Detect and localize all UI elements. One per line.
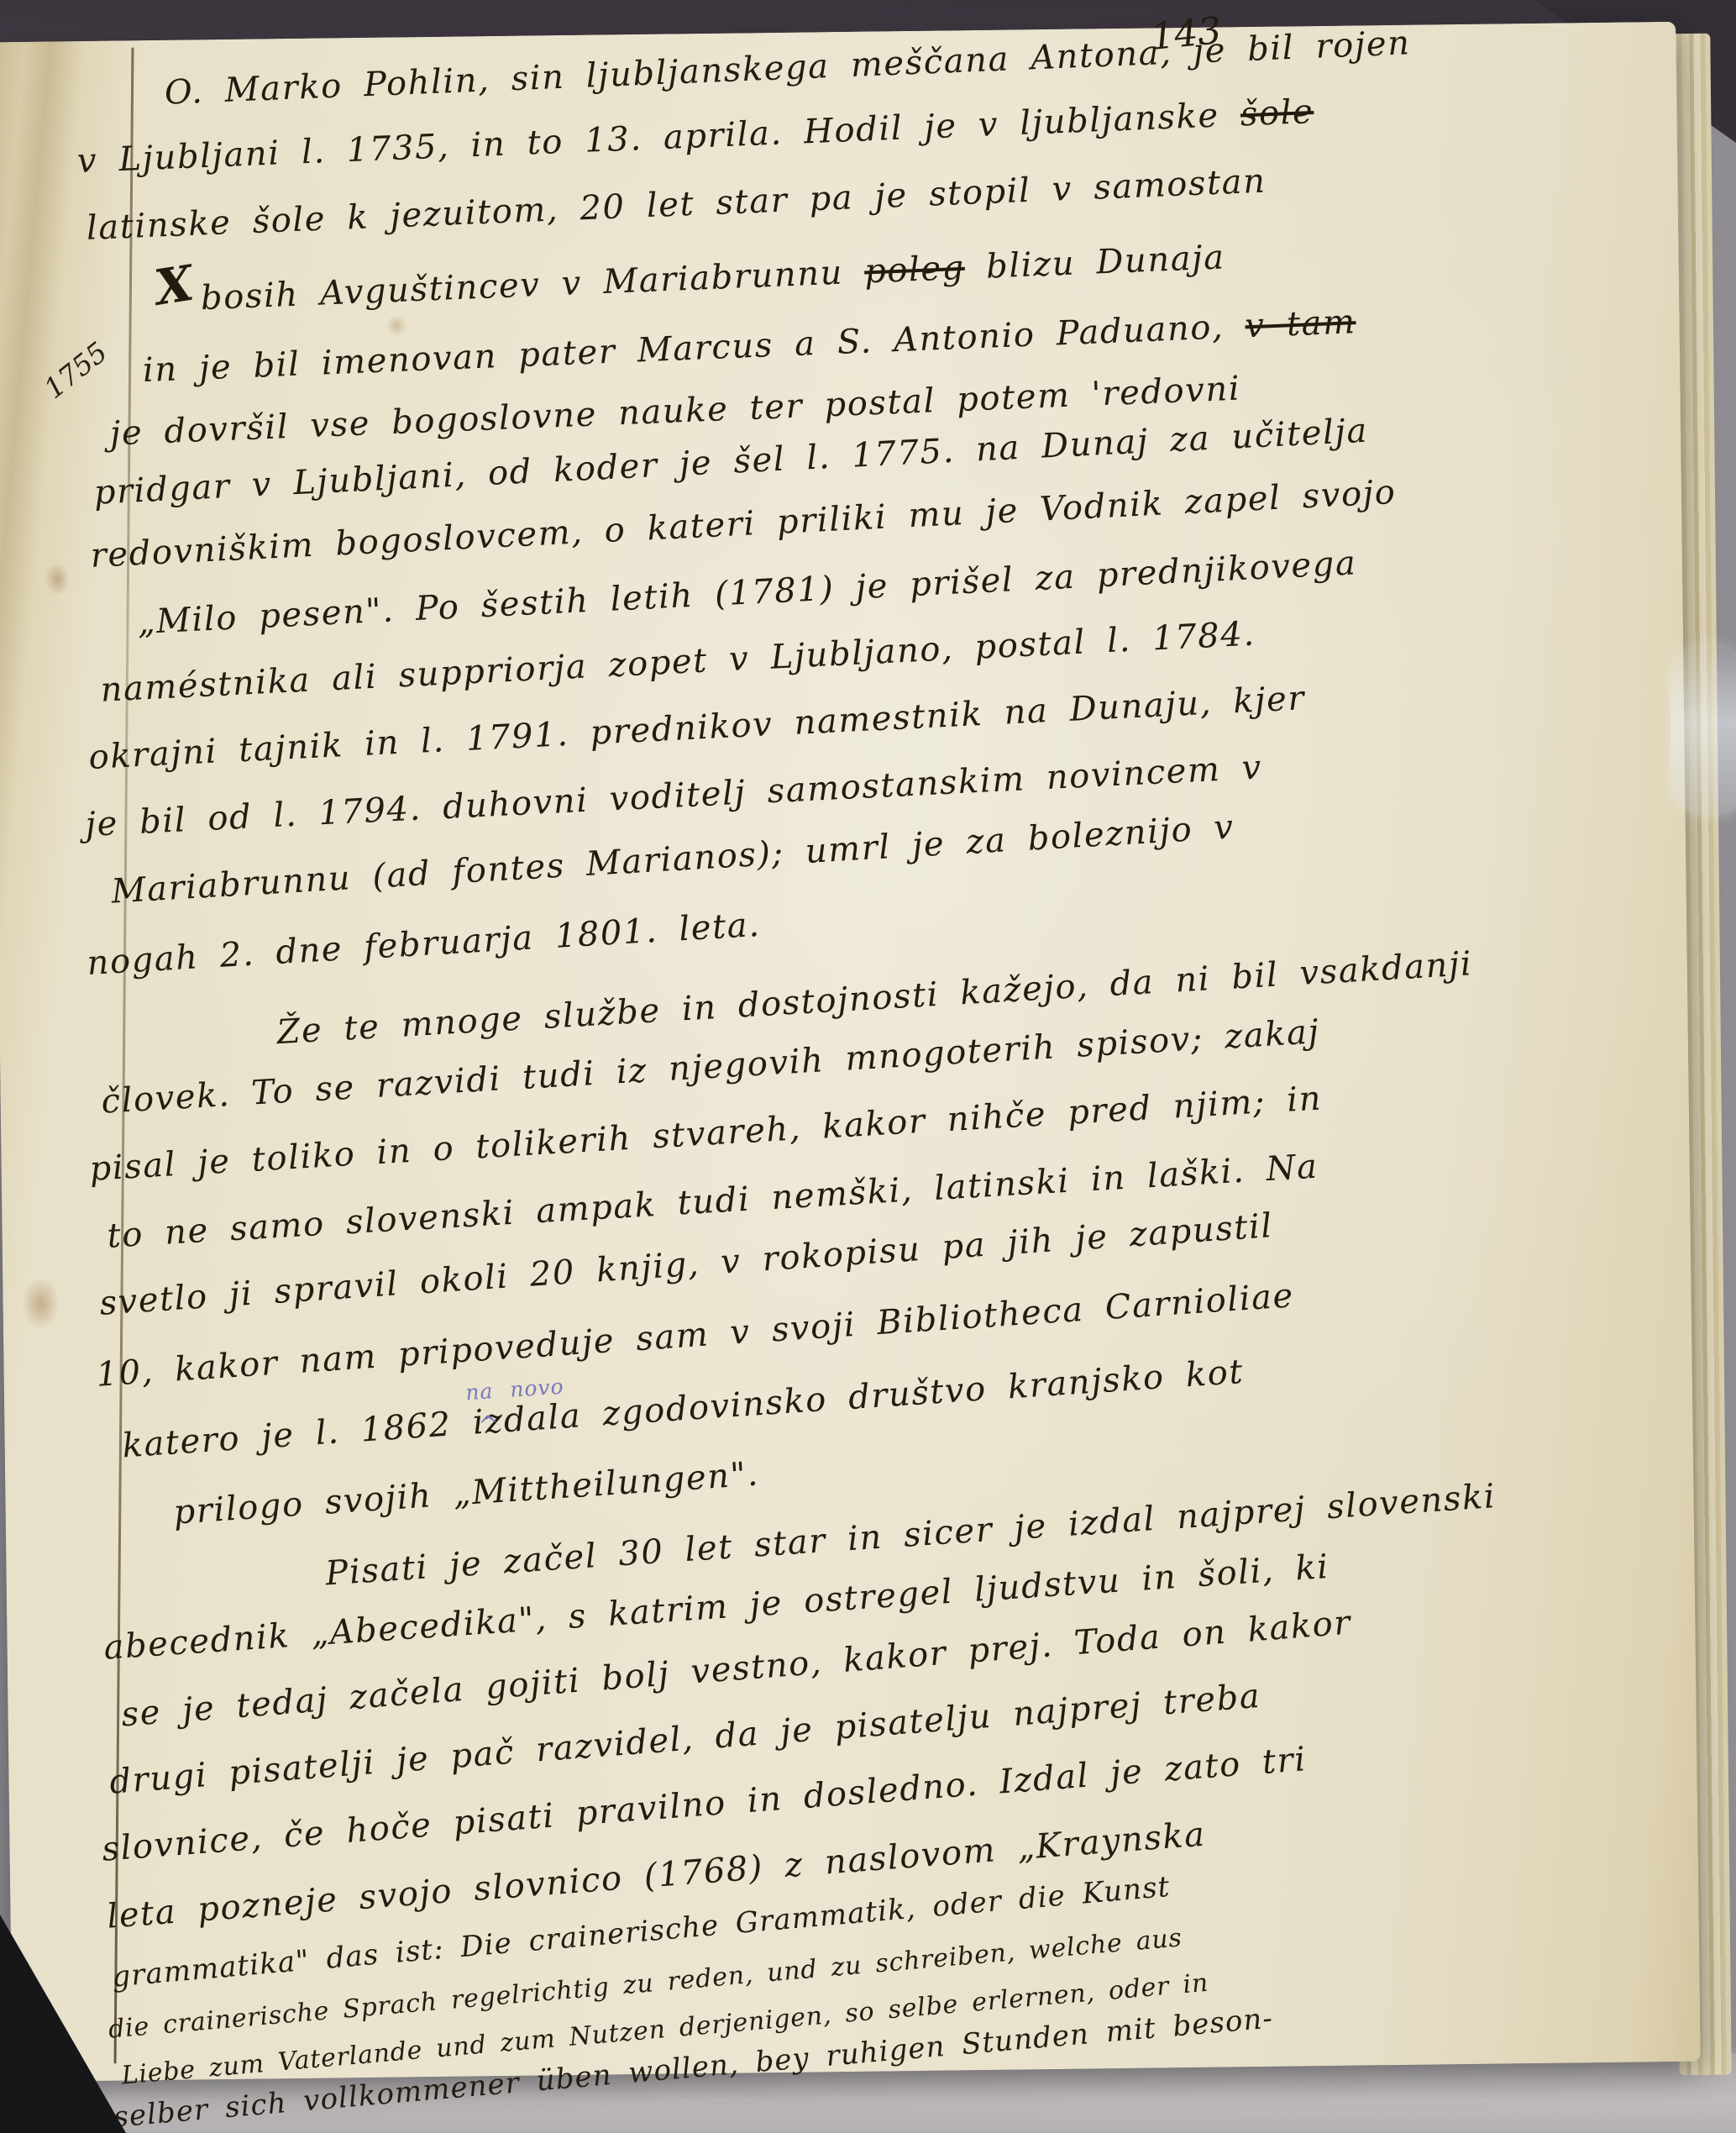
line-text: bosih Avguštincev v Mariabrunnu [200, 253, 865, 318]
line-text: izdala zgodovinsko društvo kranjsko kot [471, 1353, 1245, 1442]
handwritten-line: latinske šole k jezuitom, 20 let star pa… [86, 162, 1267, 248]
struck-word: v tam [1245, 302, 1357, 345]
handwritten-line: nogah 2. dne februarja 1801. leta. [86, 906, 761, 983]
manuscript-page: 143 1755 X O. Marko Pohlin, sin ljubljan… [0, 22, 1701, 2082]
handwritten-line: prilogo svojih „Mittheilungen". [172, 1455, 760, 1532]
handwritten-text-block: O. Marko Pohlin, sin ljubljanskega mešča… [0, 22, 1701, 2082]
manuscript-photo: 143 1755 X O. Marko Pohlin, sin ljubljan… [0, 0, 1736, 2133]
struck-word: šole [1240, 92, 1314, 134]
line-text: blizu Dunaja [964, 238, 1226, 286]
insertion-caret: ^ [477, 1411, 501, 1442]
handwritten-line: bosih Avguštincev v Mariabrunnu poleg bl… [200, 238, 1225, 318]
reflective-object [1670, 647, 1736, 815]
line-text: katero je l. 1862 [121, 1404, 474, 1466]
struck-word: poleg [863, 249, 966, 292]
